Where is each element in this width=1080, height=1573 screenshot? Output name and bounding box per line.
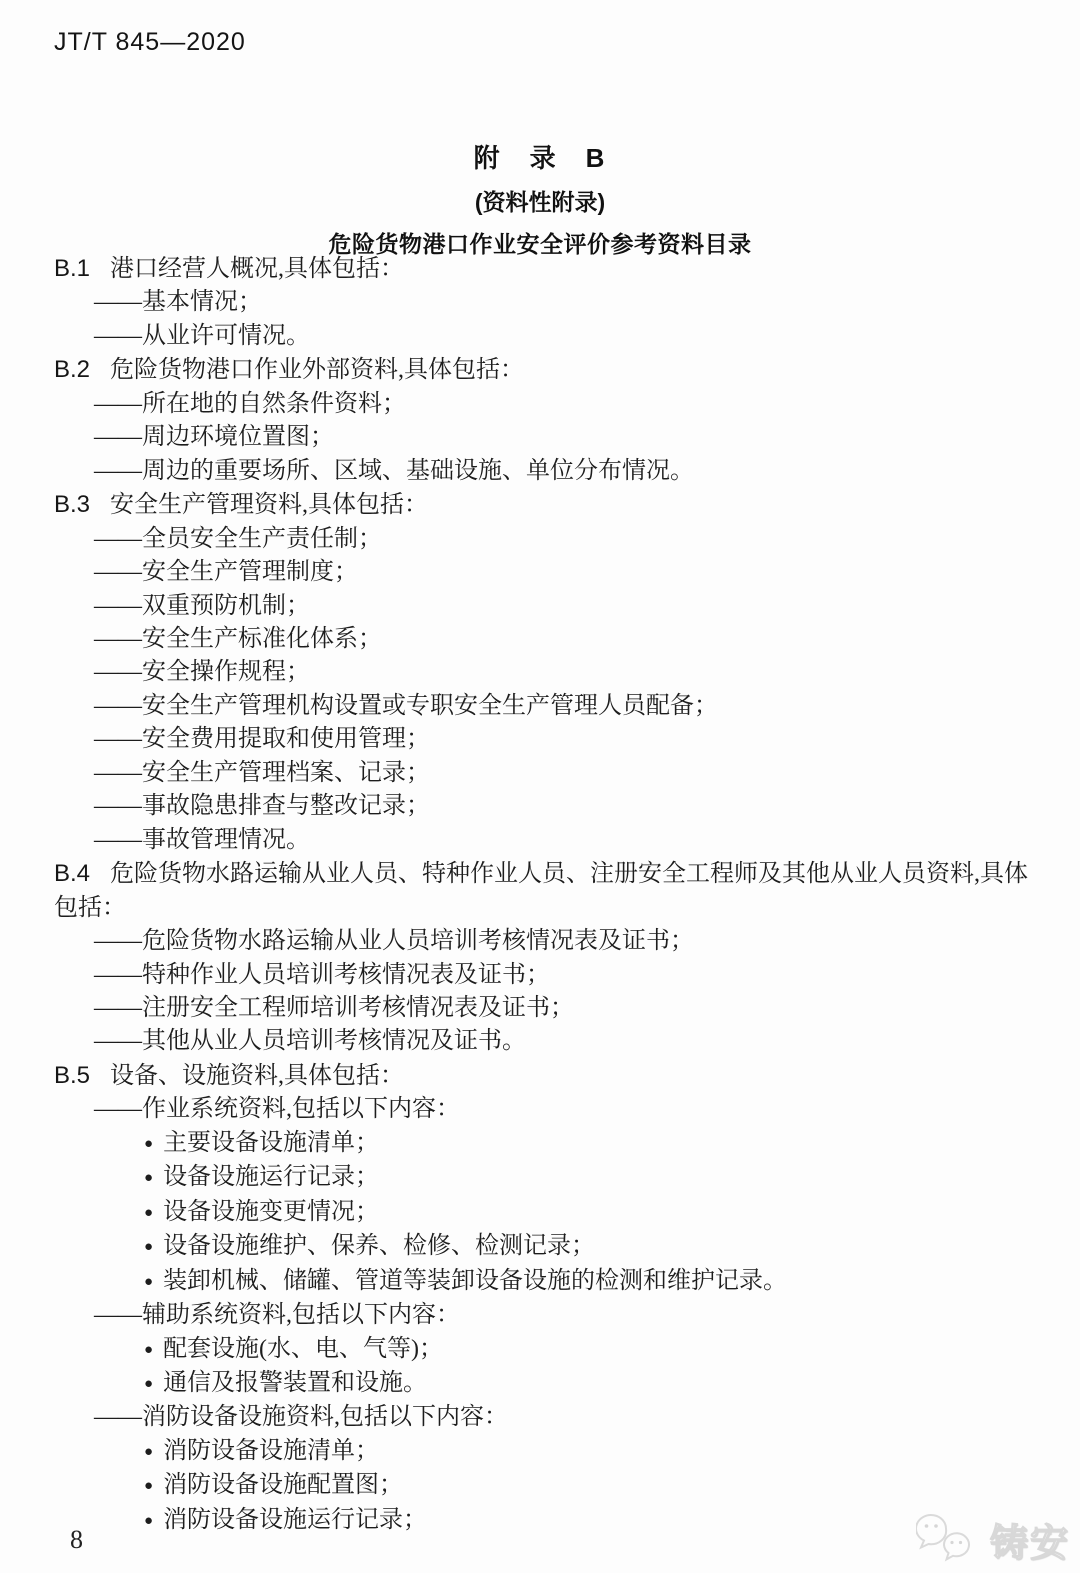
bullet-icon: ● [144, 1197, 153, 1230]
dash-item: ——周边环境位置图； [94, 421, 1034, 454]
line-text: 消防设备设施运行记录； [163, 1507, 427, 1533]
line-text: 危险货物港口作业外部资料,具体包括： [110, 357, 524, 383]
line-text: 配套设施(水、电、气等)； [163, 1336, 443, 1362]
line-text: 特种作业人员培训考核情况表及证书； [142, 962, 550, 988]
line-text: 装卸机械、储罐、管道等装卸设备设施的检测和维护记录。 [163, 1268, 787, 1294]
clause-label: B.3 [54, 488, 110, 521]
bullet-icon: ● [144, 1162, 153, 1195]
bullet-item: ●消防设备设施配置图； [144, 1469, 1034, 1503]
line-text: 消防设备设施清单； [163, 1438, 379, 1464]
line-text: 安全费用提取和使用管理； [142, 726, 430, 752]
line-text: 辅助系统资料,包括以下内容： [142, 1302, 460, 1328]
dash-item: ——安全生产管理制度； [94, 556, 1034, 589]
continuation-line: 包括： [54, 892, 1034, 925]
clause-label: B.1 [54, 252, 110, 285]
dash-item: ——危险货物水路运输从业人员培训考核情况表及证书； [94, 925, 1034, 958]
dash-item: ——所在地的自然条件资料； [94, 388, 1034, 421]
line-text: 包括： [54, 895, 126, 921]
line-text: 消防设备设施配置图； [163, 1472, 403, 1498]
bullet-icon: ● [144, 1266, 153, 1299]
dash-marker: —— [94, 693, 142, 719]
appendix-title-block: 附 录 B (资料性附录) 危险货物港口作业安全评价参考资料目录 [0, 138, 1080, 259]
line-text: 事故隐患排查与整改记录； [142, 793, 430, 819]
dash-item: ——安全生产管理机构设置或专职安全生产管理人员配备； [94, 690, 1034, 723]
bullet-item: ●设备设施变更情况； [144, 1196, 1034, 1230]
line-text: 危险货物水路运输从业人员、特种作业人员、注册安全工程师及其他从业人员资料,具体 [110, 861, 1028, 887]
dash-item: ——事故隐患排查与整改记录； [94, 790, 1034, 823]
bullet-item: ●设备设施运行记录； [144, 1161, 1034, 1195]
line-text: 所在地的自然条件资料； [142, 391, 406, 417]
dash-marker: —— [94, 928, 142, 954]
dash-marker: —— [94, 526, 142, 552]
line-text: 安全生产管理机构设置或专职安全生产管理人员配备； [142, 693, 718, 719]
dash-marker: —— [94, 593, 142, 619]
dash-marker: —— [94, 995, 142, 1021]
appendix-title: 附 录 B [0, 138, 1080, 175]
bullet-icon: ● [144, 1505, 153, 1538]
line-text: 其他从业人员培训考核情况及证书。 [142, 1028, 526, 1054]
line-text: 主要设备设施清单； [163, 1130, 379, 1156]
dash-item: ——注册安全工程师培训考核情况表及证书； [94, 992, 1034, 1025]
line-text: 安全生产管理制度； [142, 559, 358, 585]
bullet-item: ●装卸机械、储罐、管道等装卸设备设施的检测和维护记录。 [144, 1265, 1034, 1299]
dash-marker: —— [94, 659, 142, 685]
dash-item: ——辅助系统资料,包括以下内容： [94, 1299, 1034, 1332]
bullet-icon: ● [144, 1231, 153, 1264]
line-text: 通信及报警装置和设施。 [163, 1370, 427, 1396]
bullet-item: ●主要设备设施清单； [144, 1127, 1034, 1161]
bullet-item: ●消防设备设施运行记录； [144, 1504, 1034, 1538]
bullet-item: ●通信及报警装置和设施。 [144, 1367, 1034, 1401]
dash-marker: —— [94, 726, 142, 752]
dash-item: ——作业系统资料,包括以下内容： [94, 1093, 1034, 1126]
dash-item: ——安全生产标准化体系； [94, 623, 1034, 656]
dash-marker: —— [94, 793, 142, 819]
dash-marker: —— [94, 559, 142, 585]
line-text: 设备设施运行记录； [163, 1164, 379, 1190]
dash-item: ——双重预防机制； [94, 590, 1034, 623]
dash-marker: —— [94, 827, 142, 853]
dash-marker: —— [94, 458, 142, 484]
dash-item: ——从业许可情况。 [94, 320, 1034, 353]
line-text: 安全操作规程； [142, 659, 310, 685]
dash-item: ——消防设备设施资料,包括以下内容： [94, 1401, 1034, 1434]
dash-marker: —— [94, 1096, 142, 1122]
dash-marker: —— [94, 626, 142, 652]
line-text: 危险货物水路运输从业人员培训考核情况表及证书； [142, 928, 694, 954]
line-text: 设备、设施资料,具体包括： [110, 1063, 404, 1089]
clause-label: B.4 [54, 857, 110, 890]
dash-item: ——其他从业人员培训考核情况及证书。 [94, 1025, 1034, 1058]
page-number: 8 [70, 1525, 83, 1555]
bullet-item: ●消防设备设施清单； [144, 1435, 1034, 1469]
dash-marker: —— [94, 323, 142, 349]
line-text: 周边的重要场所、区域、基础设施、单位分布情况。 [142, 458, 694, 484]
clause-line: B.5设备、设施资料,具体包括： [54, 1059, 1034, 1093]
standard-number-header: JT/T 845—2020 [54, 28, 246, 57]
bullet-icon: ● [144, 1128, 153, 1161]
dash-marker: —— [94, 1302, 142, 1328]
bullet-icon: ● [144, 1470, 153, 1503]
dash-marker: —— [94, 760, 142, 786]
appendix-subtitle: (资料性附录) [0, 184, 1080, 217]
dash-item: ——特种作业人员培训考核情况表及证书； [94, 959, 1034, 992]
line-text: 基本情况； [142, 289, 262, 315]
clause-label: B.5 [54, 1059, 110, 1092]
bullet-item: ●设备设施维护、保养、检修、检测记录； [144, 1230, 1034, 1264]
bullet-icon: ● [144, 1334, 153, 1367]
dash-marker: —— [94, 962, 142, 988]
line-text: 安全生产管理档案、记录； [142, 760, 430, 786]
line-text: 全员安全生产责任制； [142, 526, 382, 552]
watermark: 铸安 [916, 1511, 1070, 1567]
clause-line: B.1港口经营人概况,具体包括： [54, 252, 1034, 286]
dash-marker: —— [94, 424, 142, 450]
line-text: 安全生产管理资料,具体包括： [110, 492, 428, 518]
line-text: 消防设备设施资料,包括以下内容： [142, 1404, 508, 1430]
dash-marker: —— [94, 1404, 142, 1430]
line-text: 从业许可情况。 [142, 323, 310, 349]
document-page: JT/T 845—2020 附 录 B (资料性附录) 危险货物港口作业安全评价… [0, 0, 1080, 1573]
wechat-icon [916, 1511, 982, 1567]
dash-marker: —— [94, 391, 142, 417]
dash-item: ——基本情况； [94, 286, 1034, 319]
line-text: 设备设施维护、保养、检修、检测记录； [163, 1233, 595, 1259]
line-text: 事故管理情况。 [142, 827, 310, 853]
line-text: 设备设施变更情况； [163, 1199, 379, 1225]
line-text: 周边环境位置图； [142, 424, 334, 450]
clause-line: B.4危险货物水路运输从业人员、特种作业人员、注册安全工程师及其他从业人员资料,… [54, 857, 1034, 891]
clause-label: B.2 [54, 353, 110, 386]
doc-body: B.1港口经营人概况,具体包括：——基本情况；——从业许可情况。B.2危险货物港… [54, 252, 1034, 1538]
clause-line: B.3安全生产管理资料,具体包括： [54, 488, 1034, 522]
dash-item: ——安全生产管理档案、记录； [94, 757, 1034, 790]
line-text: 双重预防机制； [142, 593, 310, 619]
dash-marker: —— [94, 289, 142, 315]
bullet-icon: ● [144, 1368, 153, 1401]
bullet-icon: ● [144, 1436, 153, 1469]
line-text: 安全生产标准化体系； [142, 626, 382, 652]
watermark-label: 铸安 [990, 1512, 1070, 1567]
clause-line: B.2危险货物港口作业外部资料,具体包括： [54, 353, 1034, 387]
dash-item: ——事故管理情况。 [94, 824, 1034, 857]
dash-item: ——全员安全生产责任制； [94, 523, 1034, 556]
dash-item: ——安全操作规程； [94, 656, 1034, 689]
line-text: 注册安全工程师培训考核情况表及证书； [142, 995, 574, 1021]
bullet-item: ●配套设施(水、电、气等)； [144, 1333, 1034, 1367]
dash-item: ——周边的重要场所、区域、基础设施、单位分布情况。 [94, 455, 1034, 488]
line-text: 作业系统资料,包括以下内容： [142, 1096, 460, 1122]
dash-item: ——安全费用提取和使用管理； [94, 723, 1034, 756]
line-text: 港口经营人概况,具体包括： [110, 256, 404, 282]
dash-marker: —— [94, 1028, 142, 1054]
